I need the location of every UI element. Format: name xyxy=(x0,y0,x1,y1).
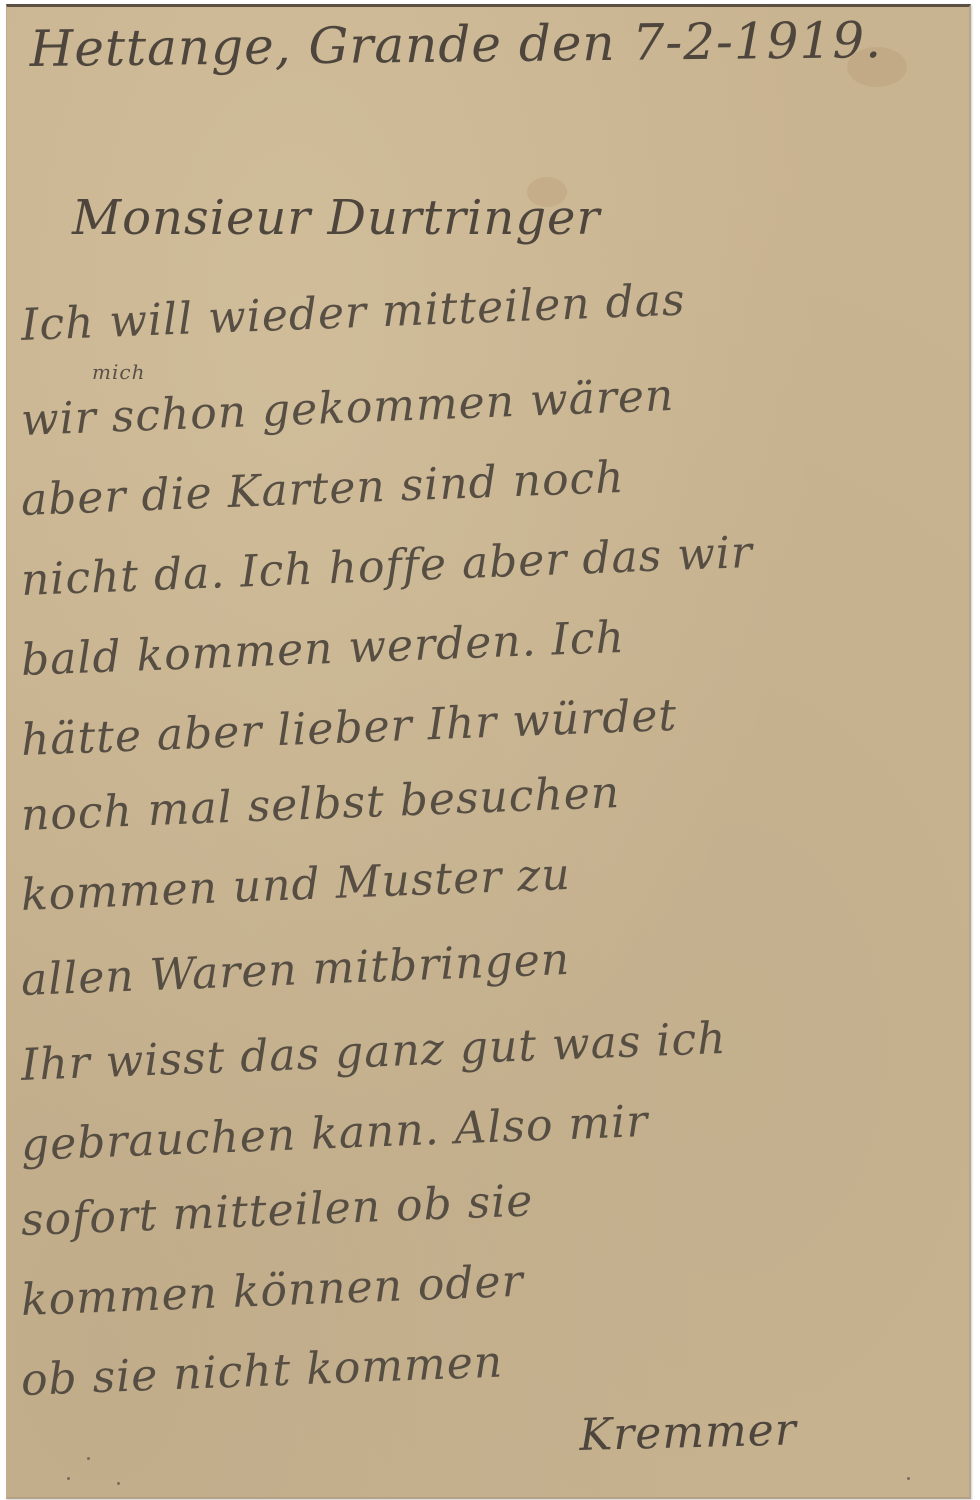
interlinear-insertion: mich xyxy=(92,360,145,384)
signature: Kremmer xyxy=(579,1404,798,1461)
place-date-heading: Hettange, Grande den 7-2-1919. xyxy=(29,11,882,78)
ink-speck xyxy=(67,1477,70,1480)
ink-speck xyxy=(87,1457,90,1460)
ink-speck xyxy=(907,1477,910,1480)
ink-speck xyxy=(117,1482,120,1485)
salutation: Monsieur Durtringer xyxy=(72,190,600,246)
